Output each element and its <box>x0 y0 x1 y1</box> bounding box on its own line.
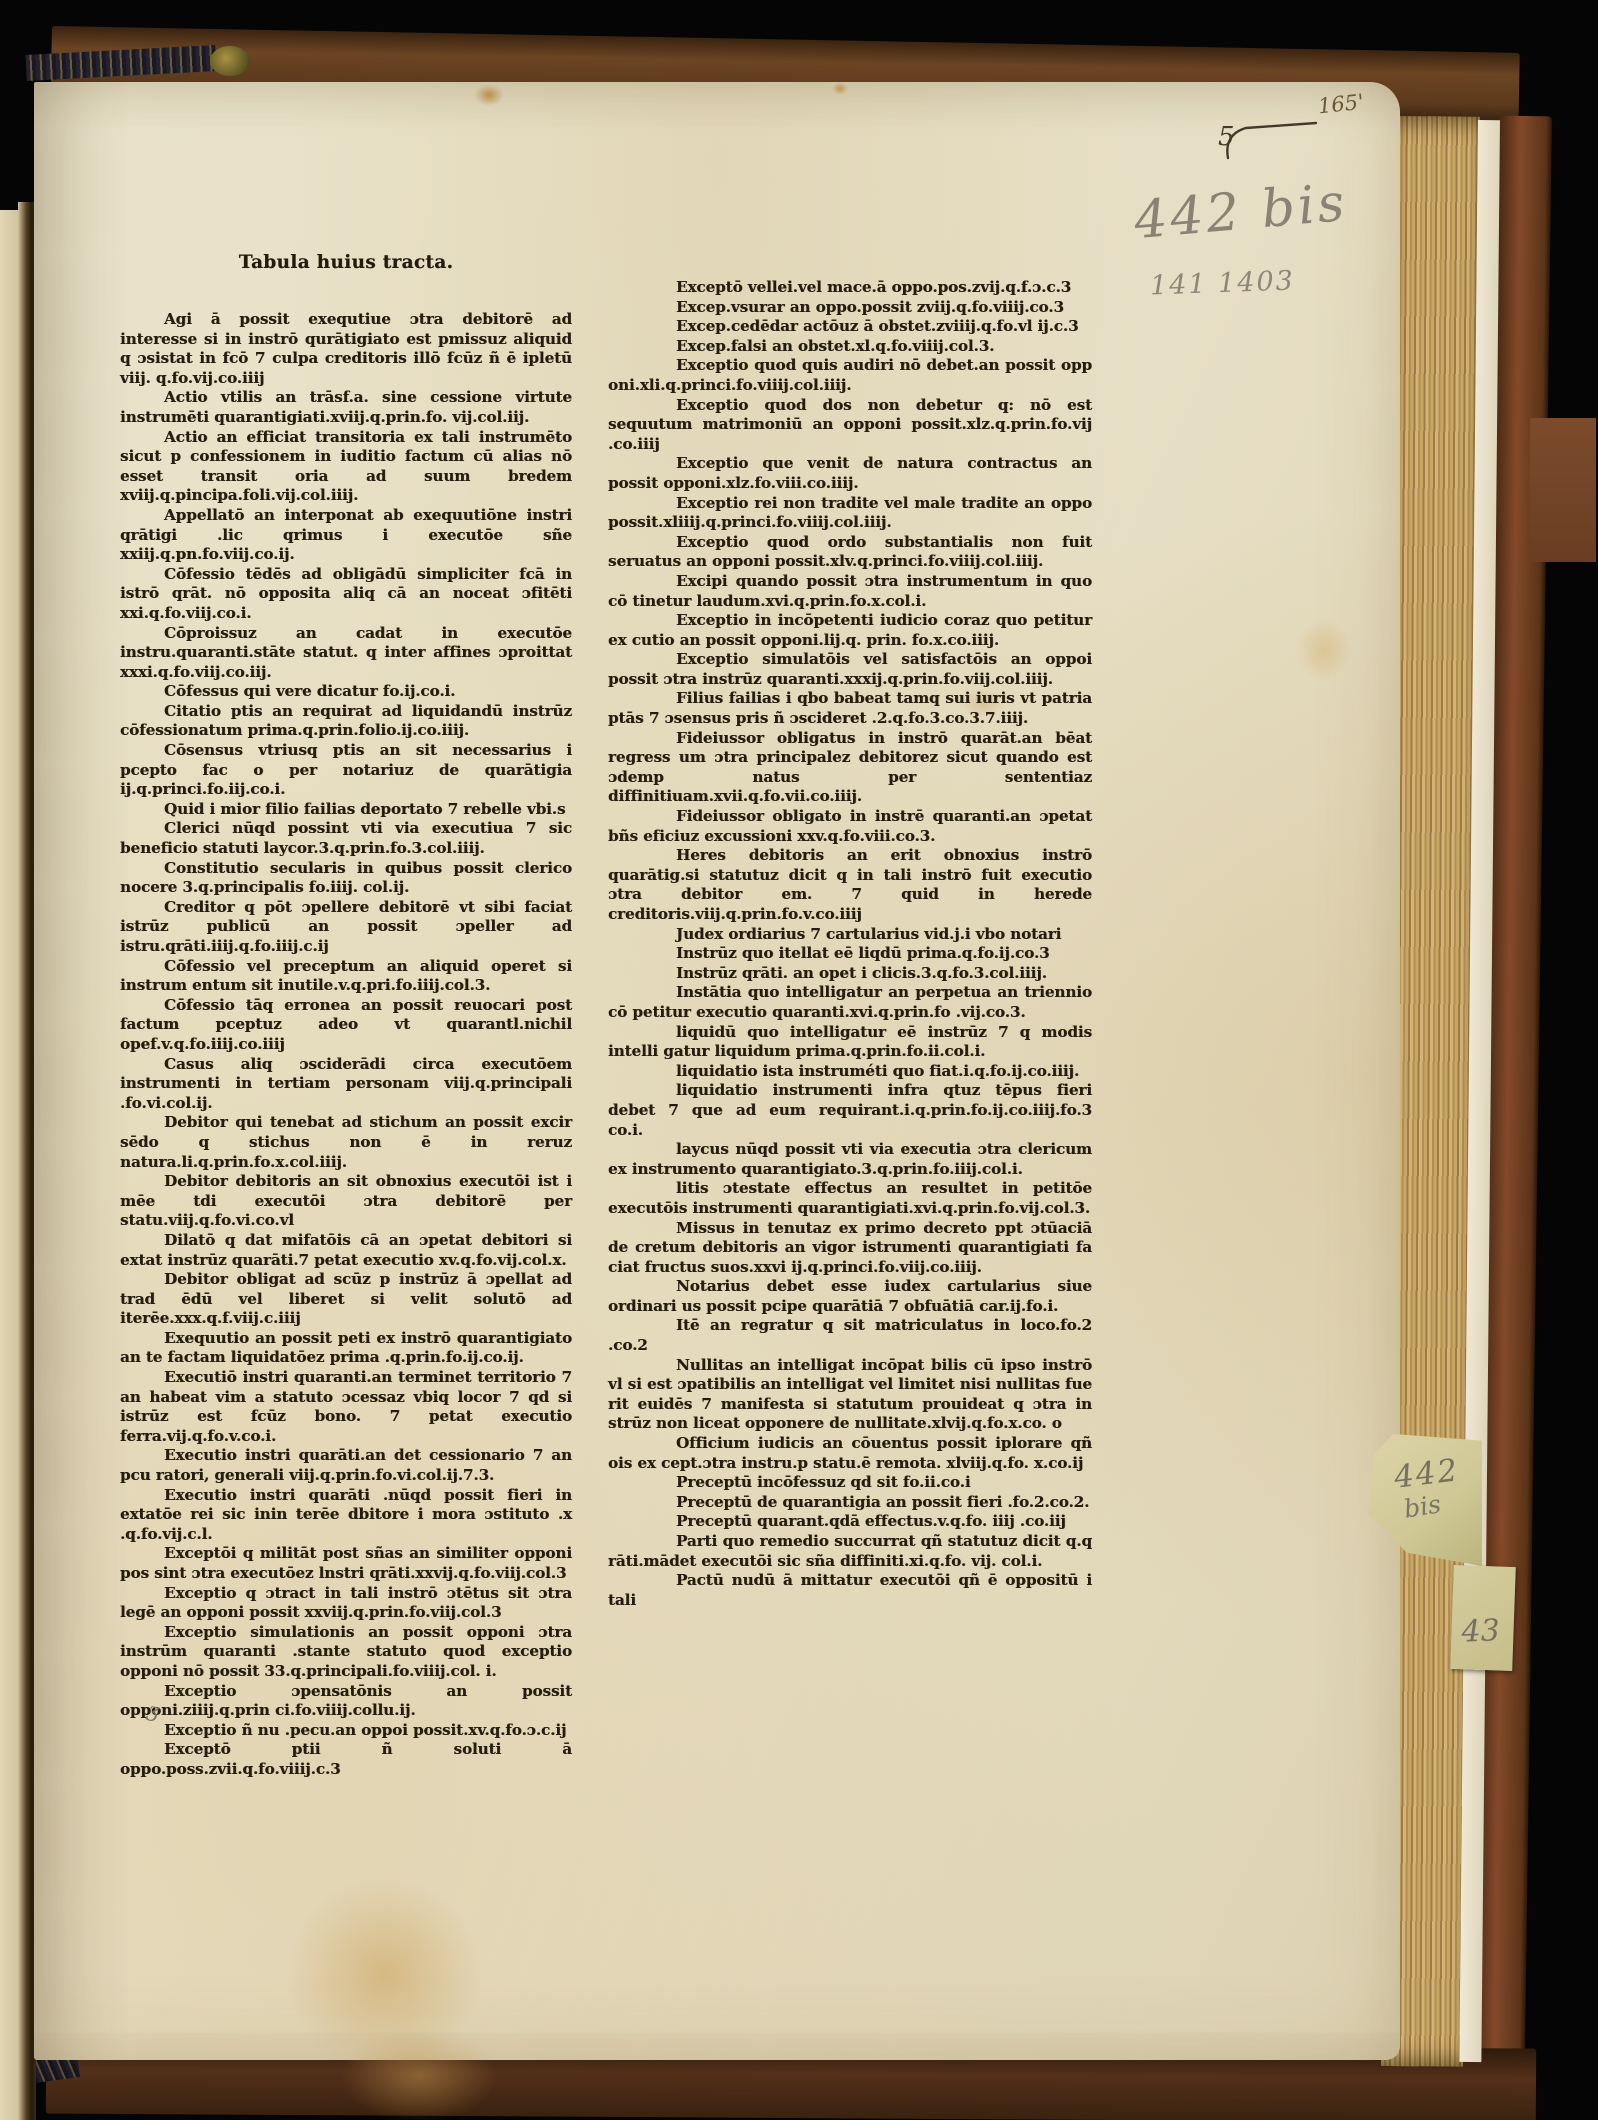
page-title: Tabula huius tracta. <box>120 252 572 273</box>
toc-entry: Exceptio q ɔtract in tali instrō ɔtētus … <box>120 1584 572 1623</box>
toc-entry: Judex ordiarius 7 cartularius vid.j.i vb… <box>608 925 1092 945</box>
toc-entry: Cōproissuz an cadat in executōe instru.q… <box>120 624 572 683</box>
book-board-corner-fragment <box>1530 418 1596 562</box>
toc-entry: Debitor obligat ad scūz p instrūz ā ɔpel… <box>120 1270 572 1329</box>
toc-entry: liquidū quo intelligatur eē instrūz 7 q … <box>608 1023 1092 1062</box>
toc-entry: Preceptū quarant.qdā effectus.v.q.fo. ii… <box>608 1512 1092 1532</box>
tab-label: 442 <box>1392 1452 1461 1496</box>
toc-entry: Dilatō q dat mifatōis cā an ɔpetat debit… <box>120 1231 572 1270</box>
toc-entry: Fideiussor obligatus in instrō quarāt.an… <box>608 729 1092 807</box>
toc-entry: liquidatio ista instruméti quo fiat.i.q.… <box>608 1062 1092 1082</box>
toc-entry: Excipi quando possit ɔtra instrumentum i… <box>608 572 1092 611</box>
toc-entry: Exceptio que venit de natura contractus … <box>608 454 1092 493</box>
toc-column-left: Agi ā possit exequtiue ɔtra debitorē ad … <box>120 310 572 1780</box>
toc-entry: Clerici nūqd possint vti via executiua 7… <box>120 819 572 858</box>
toc-entry: Officium iudicis an cōuentus possit iplo… <box>608 1434 1092 1473</box>
toc-entry: Exceptio simulatōis vel satisfactōis an … <box>608 650 1092 689</box>
toc-entry: Creditor q pōt ɔpellere debitorē vt sibi… <box>120 898 572 957</box>
tab-label: bis <box>1402 1489 1443 1523</box>
toc-entry: Exceptio quod ordo substantialis non fui… <box>608 533 1092 572</box>
toc-entry: Heres debitoris an erit obnoxius instrō … <box>608 846 1092 924</box>
toc-entry: Exceptio rei non tradite vel male tradit… <box>608 494 1092 533</box>
toc-entry: Fideiussor obligato in instrē quaranti.a… <box>608 807 1092 846</box>
toc-entry: Cōsensus vtriusq ptis an sit necessarius… <box>120 741 572 800</box>
toc-entry: Cōfessio tēdēs ad obligādū simpliciter f… <box>120 565 572 624</box>
toc-entry: Preceptū de quarantigia an possit fieri … <box>608 1493 1092 1513</box>
toc-entry: Exceptio ɔpensatōnis an possit opponi.zi… <box>120 1682 572 1721</box>
toc-entry: Casus aliq ɔsciderādi circa executōem in… <box>120 1055 572 1114</box>
toc-entry: laycus nūqd possit vti via executia ɔtra… <box>608 1140 1092 1179</box>
toc-column-right: Exceptō vellei.vel mace.ā oppo.pos.zvij.… <box>608 278 1092 1610</box>
toc-entry: Exceptio ñ nu .pecu.an oppoi possit.xv.q… <box>120 1721 572 1741</box>
toc-entry: liquidatio instrumenti infra qtuz tēpus … <box>608 1081 1092 1140</box>
toc-entry: Pactū nudū ā mittatur executōi qñ ē oppo… <box>608 1571 1092 1610</box>
pencil-inventory-annotation: 141 1403 <box>1150 265 1296 301</box>
corner-mark-digit: 5 <box>1218 122 1235 152</box>
toc-entry: Itē an regratur q sit matriculatus in lo… <box>608 1316 1092 1355</box>
toc-entry: Citatio ptis an requirat ad liquidandū i… <box>120 702 572 741</box>
corner-pen-mark: 5 <box>1218 114 1328 164</box>
toc-entry: Exceptio quod dos non debetur q: nō est … <box>608 396 1092 455</box>
toc-entry: Executio instri quarāti .nūqd possit fie… <box>120 1486 572 1545</box>
toc-entry: Parti quo remedio succurrat qñ statutuz … <box>608 1532 1092 1571</box>
toc-entry: Quid i mior filio failias deportato 7 re… <box>120 800 572 820</box>
foxing-stain <box>280 1870 490 2080</box>
toc-entry: Instrūz quo itellat eē liqdū prima.q.fo.… <box>608 944 1092 964</box>
toc-entry: Actio vtilis an trāsf.a. sine cessione v… <box>120 388 572 427</box>
toc-entry: Exceptōi q militāt post sñas an similite… <box>120 1544 572 1583</box>
toc-entry: Notarius debet esse iudex cartularius si… <box>608 1277 1092 1316</box>
toc-entry: Exceptō ptii ñ soluti ā oppo.poss.zvii.q… <box>120 1740 572 1779</box>
toc-entry: Excep.vsurar an oppo.possit zviij.q.fo.v… <box>608 298 1092 318</box>
toc-entry: Appellatō an interponat ab exequutiōne i… <box>120 506 572 565</box>
stain <box>474 84 504 106</box>
toc-entry: Preceptū incōfessuz qd sit fo.ii.co.i <box>608 1473 1092 1493</box>
toc-entry: Exceptio in incōpetenti iudicio coraz qu… <box>608 611 1092 650</box>
toc-entry: Exceptio simulationis an possit opponi ɔ… <box>120 1623 572 1682</box>
toc-entry: Cōfessio tāq erronea an possit reuocari … <box>120 996 572 1055</box>
tab-label: 43 <box>1461 1613 1500 1649</box>
toc-entry: Instrūz qrāti. an opet i clicis.3.q.fo.3… <box>608 964 1092 984</box>
headband-knot <box>210 46 250 76</box>
toc-entry: Missus in tenutaz ex primo decreto ppt ɔ… <box>608 1219 1092 1278</box>
toc-entry: Cōfessus qui vere dicatur fo.ij.co.i. <box>120 682 572 702</box>
toc-entry: Exceptio quod quis audiri nō debet.an po… <box>608 356 1092 395</box>
toc-entry: Debitor qui tenebat ad stichum an possit… <box>120 1113 572 1172</box>
toc-entry: Excep.falsi an obstet.xl.q.fo.viiij.col.… <box>608 337 1092 357</box>
toc-entry: Instātia quo intelligatur an perpetua an… <box>608 983 1092 1022</box>
toc-entry: Debitor debitoris an sit obnoxius execut… <box>120 1172 572 1231</box>
stain <box>832 82 848 95</box>
toc-entry: Exequutio an possit peti ex instrō quara… <box>120 1329 572 1368</box>
toc-entry: Agi ā possit exequtiue ɔtra debitorē ad … <box>120 310 572 388</box>
toc-entry: litis ɔtestate effectus an resultet in p… <box>608 1179 1092 1218</box>
toc-entry: Nullitas an intelligat incōpat bilis cū … <box>608 1356 1092 1434</box>
toc-entry: Constitutio secularis in quibus possit c… <box>120 859 572 898</box>
toc-entry: Executiō instri quaranti.an terminet ter… <box>120 1368 572 1446</box>
toc-entry: Cōfessio vel preceptum an aliquid operet… <box>120 957 572 996</box>
toc-entry: Executio instri quarāti.an det cessionar… <box>120 1446 572 1485</box>
toc-entry: Excep.cedēdar actōuz ā obstet.zviiij.q.f… <box>608 317 1092 337</box>
photograph-of-open-incunable-book: Tabula huius tracta. Agi ā possit exequt… <box>0 0 1598 2120</box>
toc-entry: Filius failias i qbo babeat tamq sui iur… <box>608 689 1092 728</box>
toc-entry: Exceptō vellei.vel mace.ā oppo.pos.zvij.… <box>608 278 1092 298</box>
toc-entry: Actio an efficiat transitoria ex tali in… <box>120 428 572 506</box>
stain <box>1296 618 1352 682</box>
previous-page-sliver <box>0 210 20 2120</box>
index-tab-43: 43 <box>1450 1565 1516 1671</box>
book-page: Tabula huius tracta. Agi ā possit exequt… <box>34 82 1400 2060</box>
